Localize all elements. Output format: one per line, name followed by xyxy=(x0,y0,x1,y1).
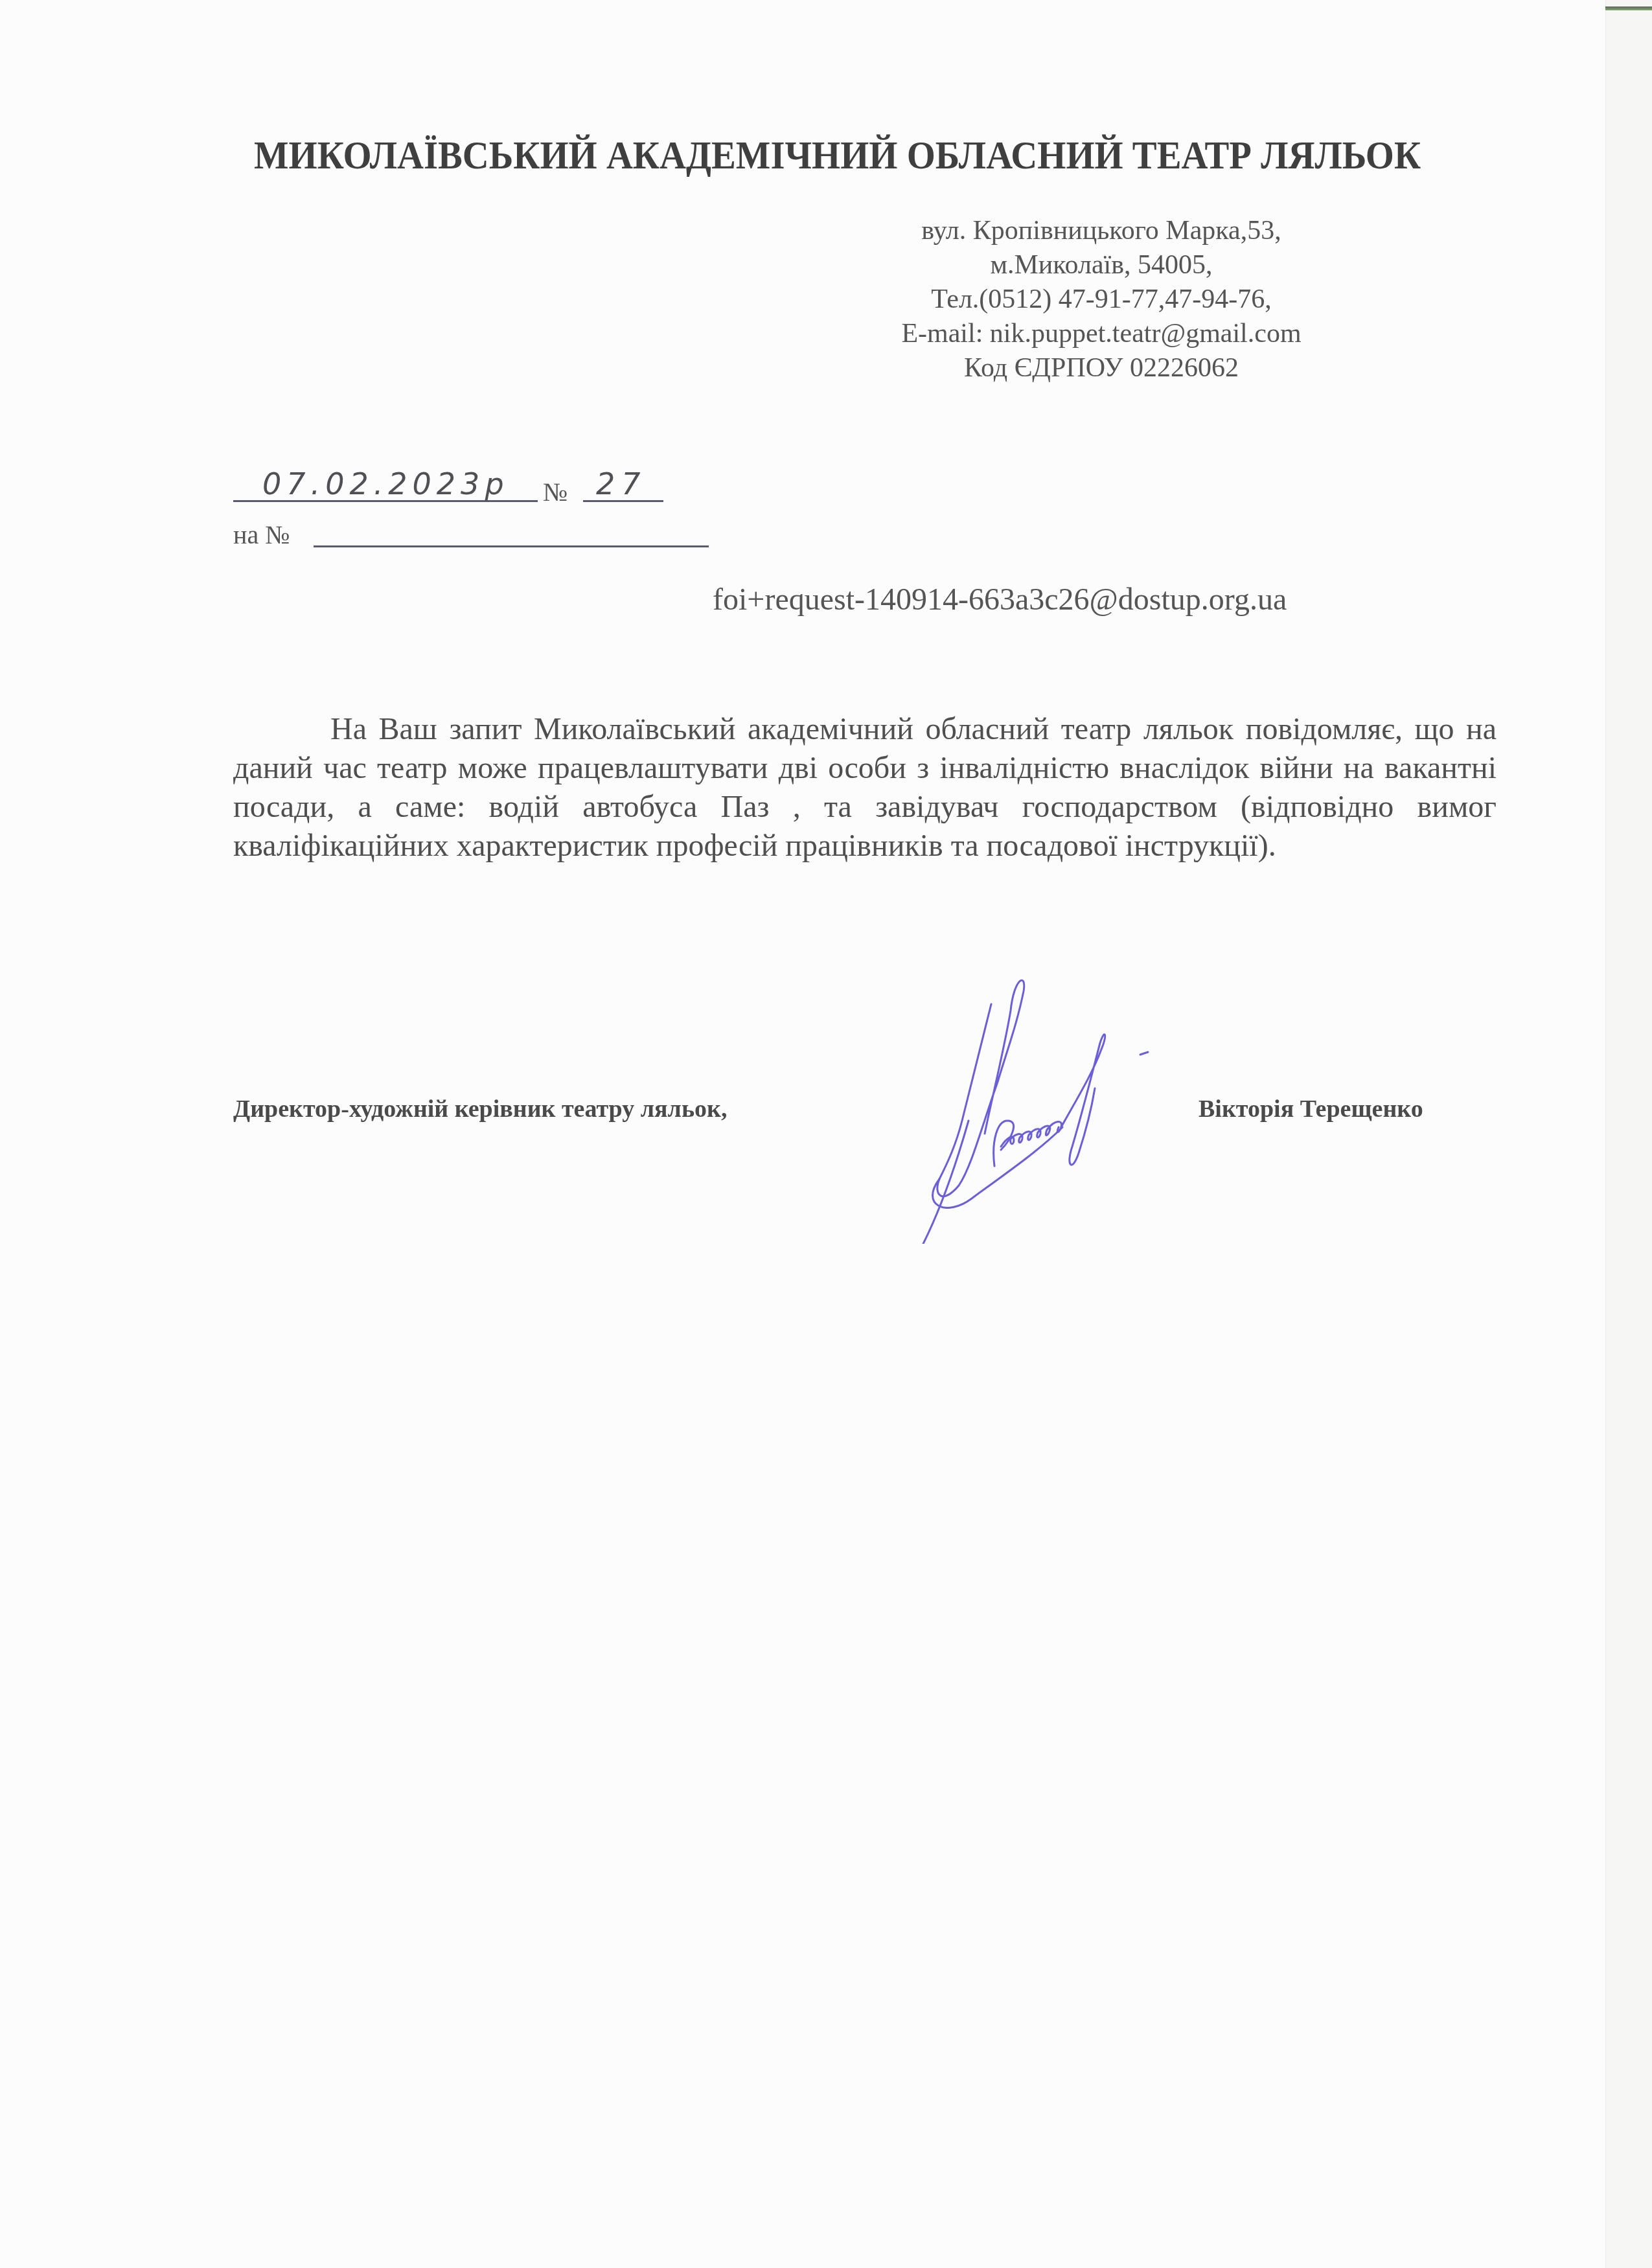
signature-row: Директор-художній керівник театру ляльок… xyxy=(233,1095,1503,1134)
body-paragraph: На Ваш запит Миколаївський академічний о… xyxy=(233,710,1497,865)
address-edrpou: Код ЄДРПОУ 02226062 xyxy=(842,351,1360,385)
number-label: № xyxy=(543,477,568,507)
scan-page-edge xyxy=(1605,0,1652,2268)
recipient-email: foi+request-140914-663a3c26@dostup.org.u… xyxy=(713,582,1287,617)
reference-label: на № xyxy=(233,520,290,550)
address-city: м.Миколаїв, 54005, xyxy=(842,248,1360,282)
outgoing-registration: 07.02.2023р № 27 на № xyxy=(233,466,946,570)
signatory-name: Вікторія Терещенко xyxy=(1199,1095,1423,1123)
address-block: вул. Кропівницького Марка,53, м.Миколаїв… xyxy=(842,214,1360,385)
organization-title: МИКОЛАЇВСЬКИЙ АКАДЕМІЧНИЙ ОБЛАСНИЙ ТЕАТР… xyxy=(254,133,1399,179)
address-phone: Тел.(0512) 47-91-77,47-94-76, xyxy=(842,282,1360,317)
outgoing-date: 07.02.2023р xyxy=(262,466,509,501)
handwritten-signature xyxy=(894,972,1231,1244)
outgoing-number: 27 xyxy=(596,466,647,501)
scan-edge-mark xyxy=(1605,6,1652,10)
reference-underline xyxy=(314,545,709,547)
address-email: E-mail: nik.puppet.teatr@gmail.com xyxy=(842,317,1360,351)
address-street: вул. Кропівницького Марка,53, xyxy=(842,214,1360,248)
letter-body: На Ваш запит Миколаївський академічний о… xyxy=(233,710,1497,865)
signatory-position: Директор-художній керівник театру ляльок… xyxy=(233,1095,727,1123)
